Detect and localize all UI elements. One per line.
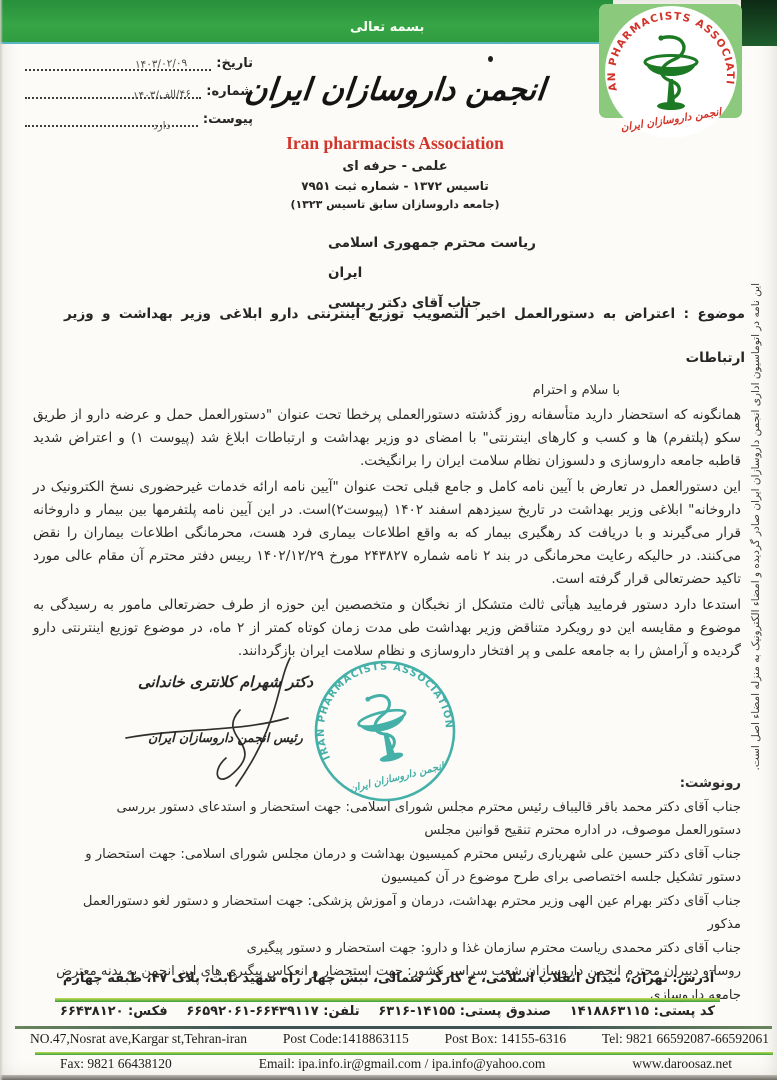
date-value: ۱۴۰۳/۰۲/۰۹ <box>135 57 188 71</box>
cc-item: جناب آقای دکتر حسین علی شهریاری رئیس محت… <box>55 843 741 890</box>
signer-title: رئیس انجمن داروسازان ایران <box>118 730 333 745</box>
org-former: (جامعه داروسازان سابق تاسیس ۱۳۲۳) <box>225 198 565 211</box>
footer-codes-fa: کد پستی: ۱۴۱۸۸۶۳۱۱۵ صندوق پستی: ۱۴۱۵۵-۶۳… <box>60 1004 715 1019</box>
post-code-en: Post Code:1418863115 <box>283 1031 409 1047</box>
letter-meta-fields: تاریخ: شماره: پیوست: ۱۴۰۳/۰۲/۰۹ ۴۶/الف/۱… <box>25 56 253 140</box>
footer-en-row-1: NO.47,Nosrat ave,Kargar st,Tehran-iran P… <box>30 1031 769 1047</box>
signature-block: دکتر شهرام کلانتری خاندانی رئیس انجمن دا… <box>118 658 333 745</box>
footer-en-row-2: Fax: 9821 66438120 Email: ipa.info.ir@gm… <box>60 1056 732 1072</box>
body-paragraph-1: همانگونه که استحضار دارید متأسفانه روز گ… <box>33 404 741 473</box>
fax-en: Fax: 9821 66438120 <box>60 1056 172 1072</box>
scanned-letter-page: بسمه تعالی IRAN PHARMACISTS ASSOCIATION … <box>0 0 777 1080</box>
attachment-value: دارد <box>153 120 171 133</box>
po-box-label: صندوق پستی: <box>460 1004 551 1019</box>
postal-code-label: کد پستی: <box>654 1004 715 1019</box>
tel-en: Tel: 9821 66592087-66592061 <box>602 1031 769 1047</box>
postal-code-value: ۱۴۱۸۸۶۳۱۱۵ <box>570 1004 649 1019</box>
cc-label: رونوشت: <box>55 772 741 796</box>
corner-green-block <box>741 0 777 46</box>
cc-item: جناب آقای دکتر محمدی ریاست محترم سازمان … <box>55 937 741 961</box>
stamp-bowl-icon <box>353 689 416 767</box>
fax-value: ۶۶۴۳۸۱۲۰ <box>60 1004 123 1019</box>
scan-edge-shadow <box>0 1075 777 1080</box>
footer-divider <box>35 1052 773 1055</box>
footer-address-fa: آدرس: تهران، میدان انقلاب اسلامی، خ کارگ… <box>60 971 717 986</box>
signer-name: دکتر شهرام کلانتری خاندانی <box>118 672 333 692</box>
fax-fa: فکس: ۶۶۴۳۸۱۲۰ <box>60 1004 168 1019</box>
subject-line: موضوع : اعتراض به دستورالعمل اخیر التصوی… <box>64 292 745 380</box>
cc-item: جناب آقای دکتر محمد باقر قالیباف رئیس مح… <box>55 796 741 843</box>
scan-edge-left <box>0 0 3 1080</box>
letter-body: همانگونه که استحضار دارید متأسفانه روز گ… <box>33 404 741 666</box>
bismillah-text: بسمه تعالی <box>350 20 424 35</box>
salutation: با سلام و احترام <box>533 383 620 398</box>
svg-text:IRAN PHARMACISTS ASSOCIATION: IRAN PHARMACISTS ASSOCIATION <box>310 656 456 762</box>
electronic-signature-note: این نامه در اتوماسیون اداری انجمن داروسا… <box>750 283 766 828</box>
org-title-fa: انجمن داروسازان ایران <box>221 48 570 132</box>
attachment-field: پیوست: <box>25 112 253 127</box>
org-type: علمی - حرفه ای <box>225 159 565 174</box>
po-box-fa: صندوق پستی: ۱۴۱۵۵-۶۳۱۶ <box>378 1004 551 1019</box>
recipient-line-1: ریاست محترم جمهوری اسلامی ایران <box>328 228 568 288</box>
header-banner <box>0 0 613 44</box>
body-paragraph-2: این دستورالعمل در تعارض با آیین نامه کام… <box>33 476 741 591</box>
body-paragraph-3: استدعا دارد دستور فرمایید هیأتی ثالث متش… <box>33 594 741 663</box>
post-box-en: Post Box: 14155-6316 <box>445 1031 567 1047</box>
footer-divider <box>55 998 720 1002</box>
phone-value: ۶۶۴۳۹۱۱۷-۶۶۵۹۲۰۶۱ <box>186 1004 318 1019</box>
stamp-arc-text: IRAN PHARMACISTS ASSOCIATION <box>310 656 456 762</box>
phone-fa: تلفن: ۶۶۴۳۹۱۱۷-۶۶۵۹۲۰۶۱ <box>186 1004 359 1019</box>
association-logo-icon: IRAN PHARMACISTS ASSOCIATION انجمن داروس… <box>601 2 741 142</box>
org-title-en: Iran pharmacists Association <box>225 132 565 154</box>
fax-label: فکس: <box>128 1004 168 1019</box>
email-en: Email: ipa.info.ir@gmail.com / ipa.info@… <box>259 1056 546 1072</box>
phone-label: تلفن: <box>323 1004 359 1019</box>
attachment-dotted-line <box>25 112 198 127</box>
address-en: NO.47,Nosrat ave,Kargar st,Tehran-iran <box>30 1031 247 1047</box>
footer-divider <box>15 1026 772 1029</box>
number-value: ۴۶/الف/۱۴۰۳ <box>133 88 191 102</box>
po-box-value: ۱۴۱۵۵-۶۳۱۶ <box>378 1004 455 1019</box>
postal-code-fa: کد پستی: ۱۴۱۸۸۶۳۱۱۵ <box>570 1004 715 1019</box>
cc-item: جناب آقای دکتر بهرام عین الهی وزیر محترم… <box>55 890 741 937</box>
website-url: www.daroosaz.net <box>632 1056 732 1072</box>
org-founded: تاسیس ۱۳۷۲ - شماره ثبت ۷۹۵۱ <box>225 179 565 193</box>
letterhead: انجمن داروسازان ایران Iran pharmacists A… <box>225 48 565 211</box>
